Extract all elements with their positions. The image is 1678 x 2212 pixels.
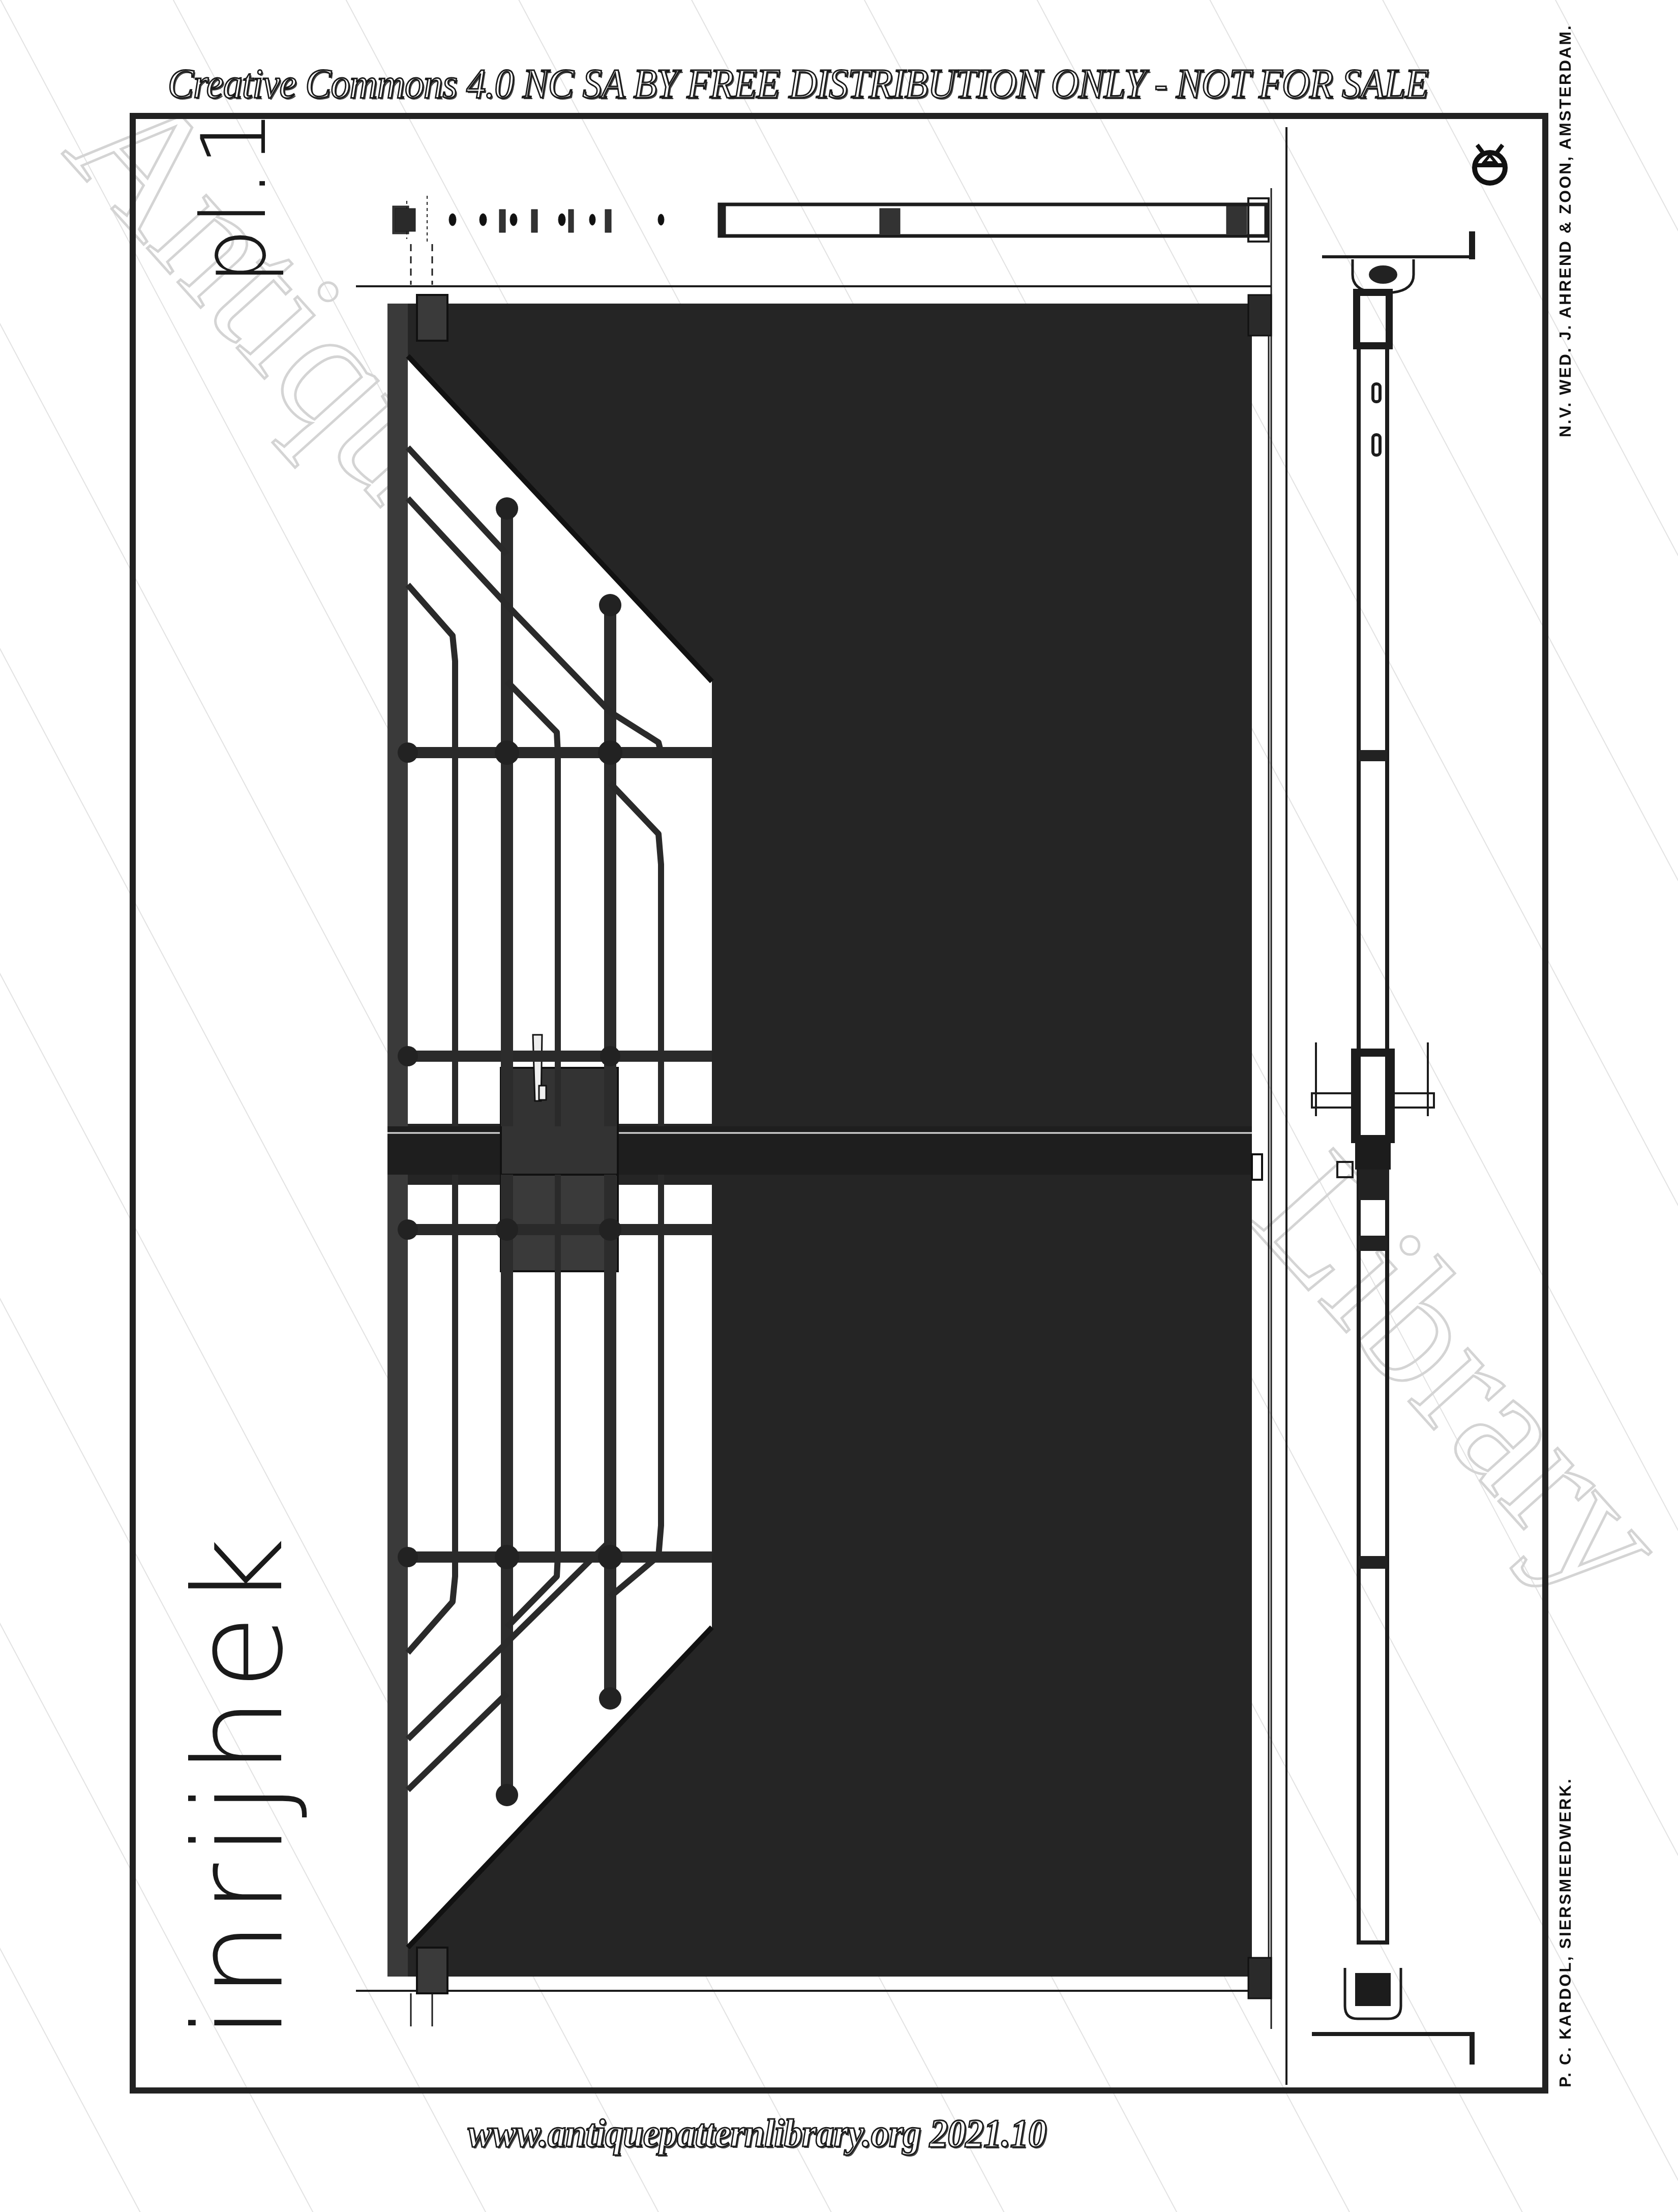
front-elevation-view (387, 127, 1286, 2085)
plate-title: inrijhek (168, 1530, 310, 2039)
footer-url: www.antiquepatternlibrary.org 2021.10 (468, 2110, 1046, 2156)
side-section-view (1312, 231, 1475, 2065)
publisher-monogram-icon (1464, 140, 1515, 191)
plate-number-label: pl.1 (183, 106, 286, 285)
printer-credit: N.V. WED. J. AHREND & ZOON, AMSTERDAM. (1556, 24, 1575, 437)
maker-credit: P. C. KARDOL, SIERSMEEDWERK. (1556, 1777, 1575, 2087)
